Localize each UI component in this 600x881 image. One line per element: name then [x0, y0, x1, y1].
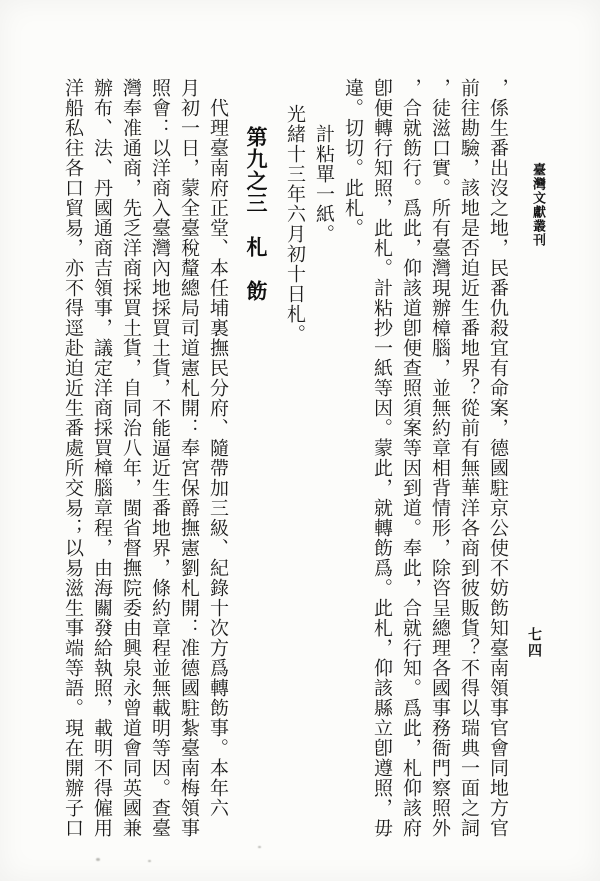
running-header: 臺灣文獻叢刊: [529, 163, 548, 247]
text-column: 月初一日，蒙全臺稅釐總局司道憲札開：奉宮保爵撫憲劉札開：准德國駐紮臺南梅領事: [174, 78, 203, 844]
document-body: ，係生番出沒之地，民番仇殺宜有命案，德國駐京公使不妨飭知臺南領事官會同地方官 前…: [58, 78, 512, 844]
scan-speck: [96, 858, 100, 861]
text-column: ，係生番出沒之地，民番仇殺宜有命案，德國駐京公使不妨飭知臺南領事官會同地方官: [483, 78, 512, 844]
scan-speck: [148, 860, 151, 862]
text-column: 前往勘驗，該地是否迫近生番地界？從前有無華洋各商到彼販貨？不得以瑞典一面之詞: [454, 78, 483, 844]
text-column: ，徒滋口實。所有臺灣現辦樟腦，並無約章相背情形，除咨呈總理各國事務衙門察照外: [425, 78, 454, 844]
text-column: 照會：以洋商入臺灣內地採買土貨，不能逼近生番地界，條約章程並無載明等因。查臺: [145, 78, 174, 844]
section-heading: 第九之三 札 飭: [240, 78, 271, 844]
text-column: 卽便轉行知照，此札。計粘抄一紙等因。蒙此，就轉飭爲。此札，仰該縣立卽遵照，毋: [367, 78, 396, 844]
text-column: 洋船私往各口貿易，亦不得逕赴迫近生番處所交易；以易滋生事端等語。現在開辦子口: [58, 78, 87, 844]
page-number: 七四: [523, 627, 543, 659]
date-column: 光緒十三年六月初十日札。: [280, 78, 309, 844]
scanned-page: 臺灣文獻叢刊 七四 ，係生番出沒之地，民番仇殺宜有命案，德國駐京公使不妨飭知臺南…: [0, 0, 600, 881]
text-column: 辦布、法、丹國通商吉領事，議定洋商採買樟腦章程，由海關發給執照，載明不得僱用: [87, 78, 116, 844]
text-column: 灣奉准通商，先乏洋商採買土貨，自同治八年，閩省督撫院委由興泉永曾道會同英國兼: [116, 78, 145, 844]
text-column: ，合就飭行。爲此，仰該道卽便查照須案等因到道。奉此，合就行知。爲此，札仰該府: [396, 78, 425, 844]
text-column: 違。切切。此札。: [338, 78, 367, 844]
text-column: 代理臺南府正堂、本任埔裏撫民分府、隨帶加三級、紀錄十次方爲轉飭事。本年六: [203, 78, 232, 844]
scan-speck: [258, 846, 261, 848]
enclosure-note-column: 計粘單一紙。: [309, 78, 338, 844]
